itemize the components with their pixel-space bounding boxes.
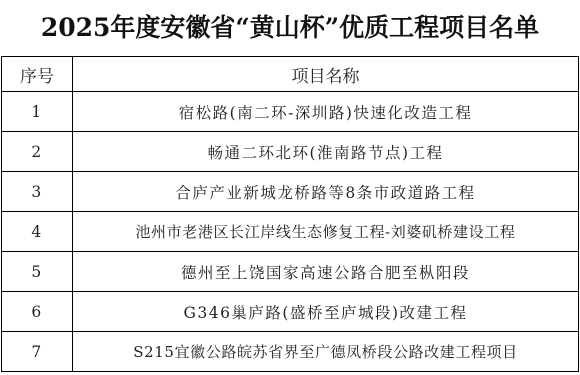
project-list-table: 序号 项目名称 1 宿松路(南二环-深圳路)快速化改造工程 2 畅通二环北环(淮… [1,56,579,372]
row-number: 3 [2,172,73,212]
row-project-name: S215宜徽公路皖苏省界至广德凤桥段公路改建工程项目 [73,332,579,372]
row-number: 7 [2,332,73,372]
row-project-name: 畅通二环北环(淮南路节点)工程 [73,132,579,172]
row-project-name: 宿松路(南二环-深圳路)快速化改造工程 [73,92,579,132]
header-number: 序号 [2,57,73,92]
row-number: 2 [2,132,73,172]
header-project-name: 项目名称 [73,57,579,92]
row-project-name: G346巢庐路(盛桥至庐城段)改建工程 [73,292,579,332]
table-header-row: 序号 项目名称 [2,57,579,92]
row-project-name: 池州市老港区长江岸线生态修复工程-刘婆矶桥建设工程 [73,212,579,252]
table-row: 2 畅通二环北环(淮南路节点)工程 [2,132,579,172]
table-row: 7 S215宜徽公路皖苏省界至广德凤桥段公路改建工程项目 [2,332,579,372]
row-project-name: 德州至上饶国家高速公路合肥至枞阳段 [73,252,579,292]
row-number: 5 [2,252,73,292]
table-row: 4 池州市老港区长江岸线生态修复工程-刘婆矶桥建设工程 [2,212,579,252]
document-title: 2025年度安徽省“黄山杯”优质工程项目名单 [0,8,580,48]
table-row: 6 G346巢庐路(盛桥至庐城段)改建工程 [2,292,579,332]
table-row: 3 合庐产业新城龙桥路等8条市政道路工程 [2,172,579,212]
table-row: 5 德州至上饶国家高速公路合肥至枞阳段 [2,252,579,292]
row-number: 6 [2,292,73,332]
row-number: 1 [2,92,73,132]
row-project-name: 合庐产业新城龙桥路等8条市政道路工程 [73,172,579,212]
table-row: 1 宿松路(南二环-深圳路)快速化改造工程 [2,92,579,132]
row-number: 4 [2,212,73,252]
